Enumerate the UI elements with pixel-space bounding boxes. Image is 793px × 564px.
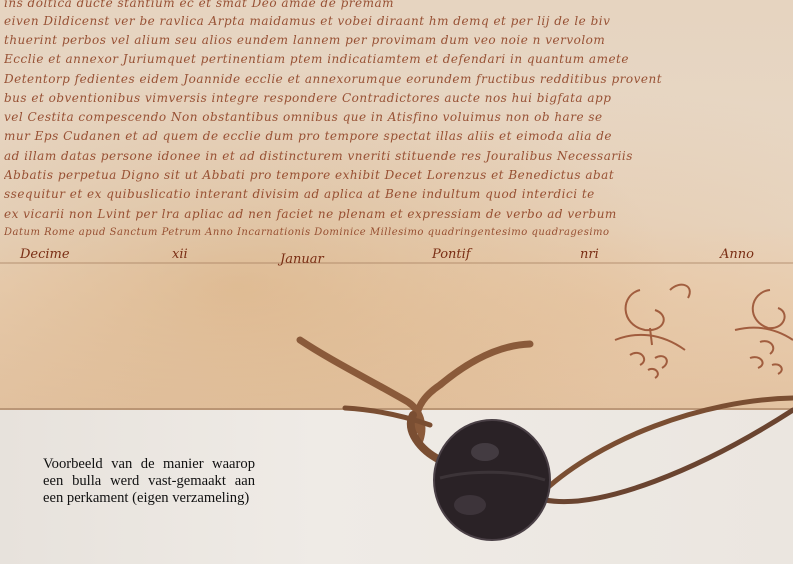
photo-caption: Voorbeeld van de manier waarop een bulla… <box>43 456 255 507</box>
document-photo: ins doltica ducte stantium ec et smat De… <box>0 0 793 564</box>
